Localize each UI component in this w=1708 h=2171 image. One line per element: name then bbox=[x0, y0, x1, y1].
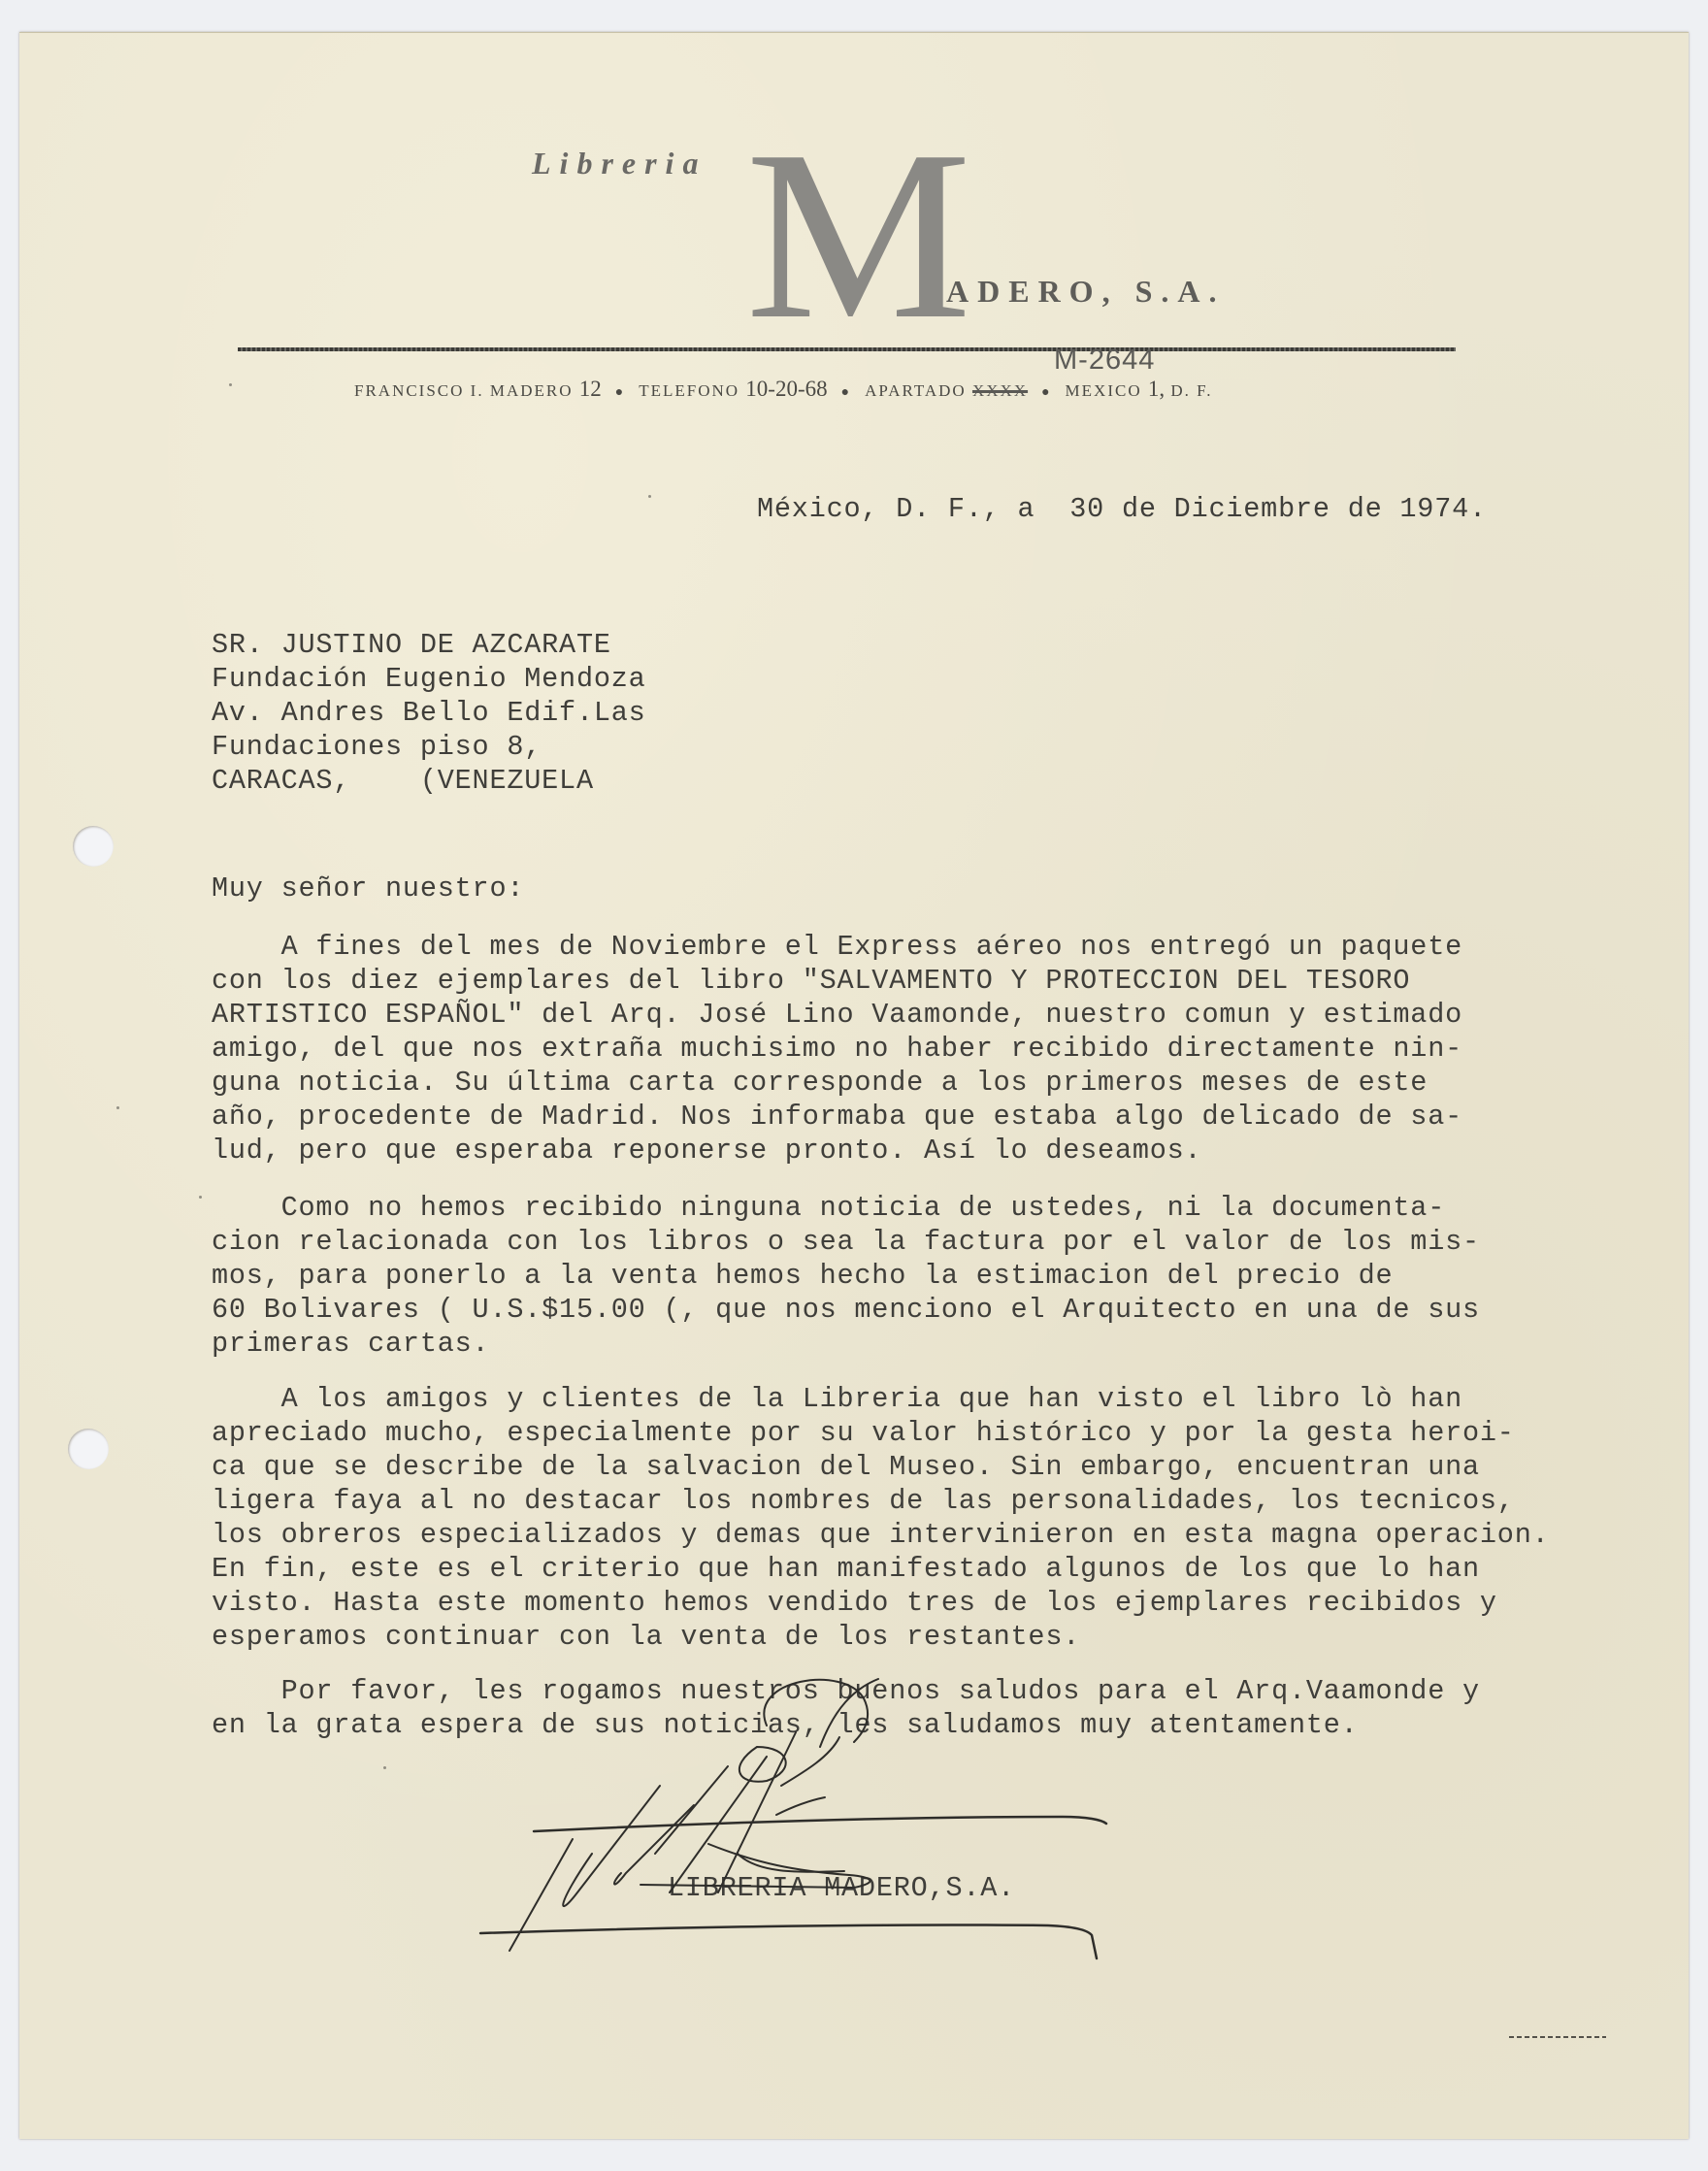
bullet-icon: ● bbox=[841, 385, 851, 400]
telefono-number: 10-20-68 bbox=[745, 377, 827, 401]
pencil-dash-mark bbox=[1509, 2036, 1606, 2038]
letterhead-initial-m: M bbox=[745, 115, 971, 357]
city-rest: D. F. bbox=[1170, 381, 1212, 400]
text-line: guna noticia. Su última carta correspond… bbox=[212, 1066, 1462, 1100]
text-line: A los amigos y clientes de la Libreria q… bbox=[212, 1382, 1550, 1416]
text-line: ca que se describe de la salvacion del M… bbox=[212, 1450, 1550, 1484]
bullet-icon: ● bbox=[1041, 385, 1051, 400]
recipient-line: SR. JUSTINO DE AZCARATE bbox=[212, 628, 646, 662]
text-line: En fin, este es el criterio que han mani… bbox=[212, 1552, 1550, 1586]
body-paragraph-2: Como no hemos recibido ninguna noticia d… bbox=[212, 1191, 1480, 1361]
speck bbox=[648, 495, 651, 498]
text-line: Como no hemos recibido ninguna noticia d… bbox=[212, 1191, 1480, 1225]
text-line: cion relacionada con los libros o sea la… bbox=[212, 1225, 1480, 1259]
address-number: 12 bbox=[579, 377, 602, 401]
text-line: primeras cartas. bbox=[212, 1327, 1480, 1361]
body-paragraph-3: A los amigos y clientes de la Libreria q… bbox=[212, 1382, 1550, 1654]
speck bbox=[229, 383, 232, 386]
apartado-handwritten-number: M-2644 bbox=[1054, 345, 1155, 377]
text-line: 60 Bolivares ( U.S.$15.00 (, que nos men… bbox=[212, 1293, 1480, 1327]
address-street: FRANCISCO I. MADERO bbox=[354, 381, 574, 400]
letterhead-contact-line: FRANCISCO I. MADERO 12●TELEFONO 10-20-68… bbox=[354, 377, 1212, 402]
recipient-address: SR. JUSTINO DE AZCARATEFundación Eugenio… bbox=[212, 628, 646, 798]
text-line: visto. Hasta este momento hemos vendido … bbox=[212, 1586, 1550, 1620]
recipient-line: Fundación Eugenio Mendoza bbox=[212, 662, 646, 696]
speck bbox=[199, 1196, 202, 1199]
city-label: MEXICO bbox=[1066, 381, 1142, 400]
text-line: los obreros especializados y demas que i… bbox=[212, 1518, 1550, 1552]
text-line: A fines del mes de Noviembre el Express … bbox=[212, 930, 1462, 964]
date-line: México, D. F., a 30 de Diciembre de 1974… bbox=[757, 492, 1487, 526]
body-paragraph-1: A fines del mes de Noviembre el Express … bbox=[212, 930, 1462, 1168]
apartado-label: APARTADO bbox=[865, 381, 967, 400]
text-line: apreciado mucho, especialmente por su va… bbox=[212, 1416, 1550, 1450]
handwritten-signature bbox=[466, 1727, 1242, 1980]
bullet-icon: ● bbox=[615, 385, 625, 400]
letterhead-libreria: Libreria bbox=[532, 146, 706, 181]
salutation: Muy señor nuestro: bbox=[212, 872, 524, 905]
apartado-struck-number: XXXX bbox=[972, 381, 1028, 400]
speck bbox=[116, 1106, 119, 1109]
text-line: mos, para ponerlo a la venta hemos hecho… bbox=[212, 1259, 1480, 1293]
text-line: amigo, del que nos extraña muchisimo no … bbox=[212, 1032, 1462, 1066]
punch-hole-bottom bbox=[68, 1429, 109, 1469]
city-number: 1, bbox=[1148, 377, 1165, 401]
punch-hole-top bbox=[73, 826, 114, 867]
text-line: con los diez ejemplares del libro "SALVA… bbox=[212, 964, 1462, 998]
text-line: esperamos continuar con la venta de los … bbox=[212, 1620, 1550, 1654]
recipient-line: CARACAS, (VENEZUELA bbox=[212, 764, 646, 798]
text-line: ARTISTICO ESPAÑOL" del Arq. José Lino Va… bbox=[212, 998, 1462, 1032]
text-line: año, procedente de Madrid. Nos informaba… bbox=[212, 1100, 1462, 1134]
text-line: lud, pero que esperaba reponerse pronto.… bbox=[212, 1134, 1462, 1168]
recipient-line: Av. Andres Bello Edif.Las bbox=[212, 696, 646, 730]
letterhead-company-name: ADERO, S.A. bbox=[946, 274, 1225, 310]
letterhead-divider bbox=[238, 347, 1456, 351]
speck bbox=[383, 1766, 386, 1769]
signature-loop-overlay bbox=[728, 1669, 922, 1757]
text-line: ligera faya al no destacar los nombres d… bbox=[212, 1484, 1550, 1518]
telefono-label: TELEFONO bbox=[639, 381, 739, 400]
recipient-line: Fundaciones piso 8, bbox=[212, 730, 646, 764]
